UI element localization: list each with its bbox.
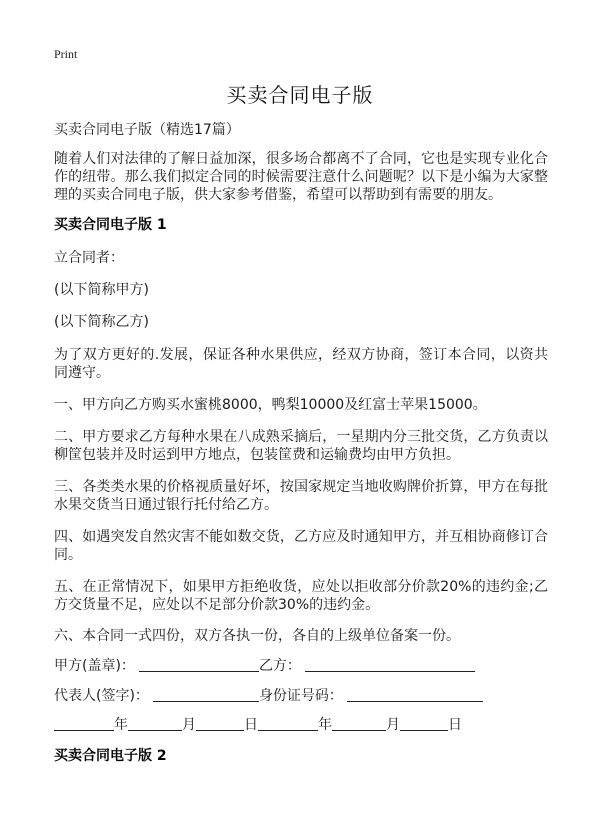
clause-5: 五、在正常情况下，如果甲方拒绝收货，应处以拒收部分价款20%的违约金;乙方交货量… [54,578,548,614]
date-a-day-field[interactable] [196,716,244,731]
id-number-field[interactable] [347,687,483,702]
date-a-year-label: 年 [114,717,128,733]
id-number-label: 身份证号码： [259,688,343,704]
date-b-day-field[interactable] [400,716,448,731]
date-a-month-field[interactable] [128,716,182,731]
date-b-day-label: 日 [448,717,462,733]
clause-4: 四、如遇突发自然灾害不能如数交货，乙方应及时通知甲方，并互相协商修订合同。 [54,528,548,564]
document-subtitle: 买卖合同电子版（精选17篇） [54,121,548,139]
party-a-seal-field[interactable] [139,657,259,672]
party-b-alias: (以下简称乙方) [54,313,548,331]
party-a-seal-label: 甲方(盖章)： [54,658,135,674]
clause-3: 三、各类类水果的价格视质量好坏，按国家规定当地收购牌价折算，甲方在每批水果交货当… [54,478,548,514]
date-b-month-label: 月 [386,717,400,733]
document-title: 买卖合同电子版 [0,79,600,108]
clause-1: 一、甲方向乙方购买水蜜桃8000，鸭梨10000及红富士苹果15000。 [54,396,548,414]
party-b-label: 乙方： [259,658,301,674]
parties-label: 立合同者： [54,249,548,267]
contract-preamble: 为了双方更好的.发展，保证各种水果供应，经双方协商，签订本合同，以资共同遵守。 [54,346,548,382]
signature-row-parties: 甲方(盖章)：乙方： [54,657,475,675]
date-a-month-label: 月 [182,717,196,733]
representative-label: 代表人(签字)： [54,688,149,704]
intro-paragraph: 随着人们对法律的了解日益加深，很多场合都离不了合同，它也是实现专业化合作的纽带。… [54,150,548,204]
date-b-year-field[interactable] [258,716,318,731]
date-a-year-field[interactable] [54,716,114,731]
print-link[interactable]: Print [54,47,77,62]
representative-signature-field[interactable] [153,687,259,702]
section-heading-1: 买卖合同电子版 1 [54,216,167,234]
party-a-alias: (以下简称甲方) [54,281,548,299]
signature-row-representative: 代表人(签字)：身份证号码： [54,687,483,705]
date-b-year-label: 年 [318,717,332,733]
date-a-day-label: 日 [244,717,258,733]
clause-6: 六、本合同一式四份，双方各执一份，各自的上级单位备案一份。 [54,627,548,645]
party-b-field[interactable] [305,657,475,672]
clause-2: 二、甲方要求乙方每种水果在八成熟采摘后，一星期内分三批交货，乙方负责以柳筐包装并… [54,428,548,464]
section-heading-2: 买卖合同电子版 2 [54,747,167,765]
signature-row-dates: 年月日年月日 [54,716,462,734]
date-b-month-field[interactable] [332,716,386,731]
